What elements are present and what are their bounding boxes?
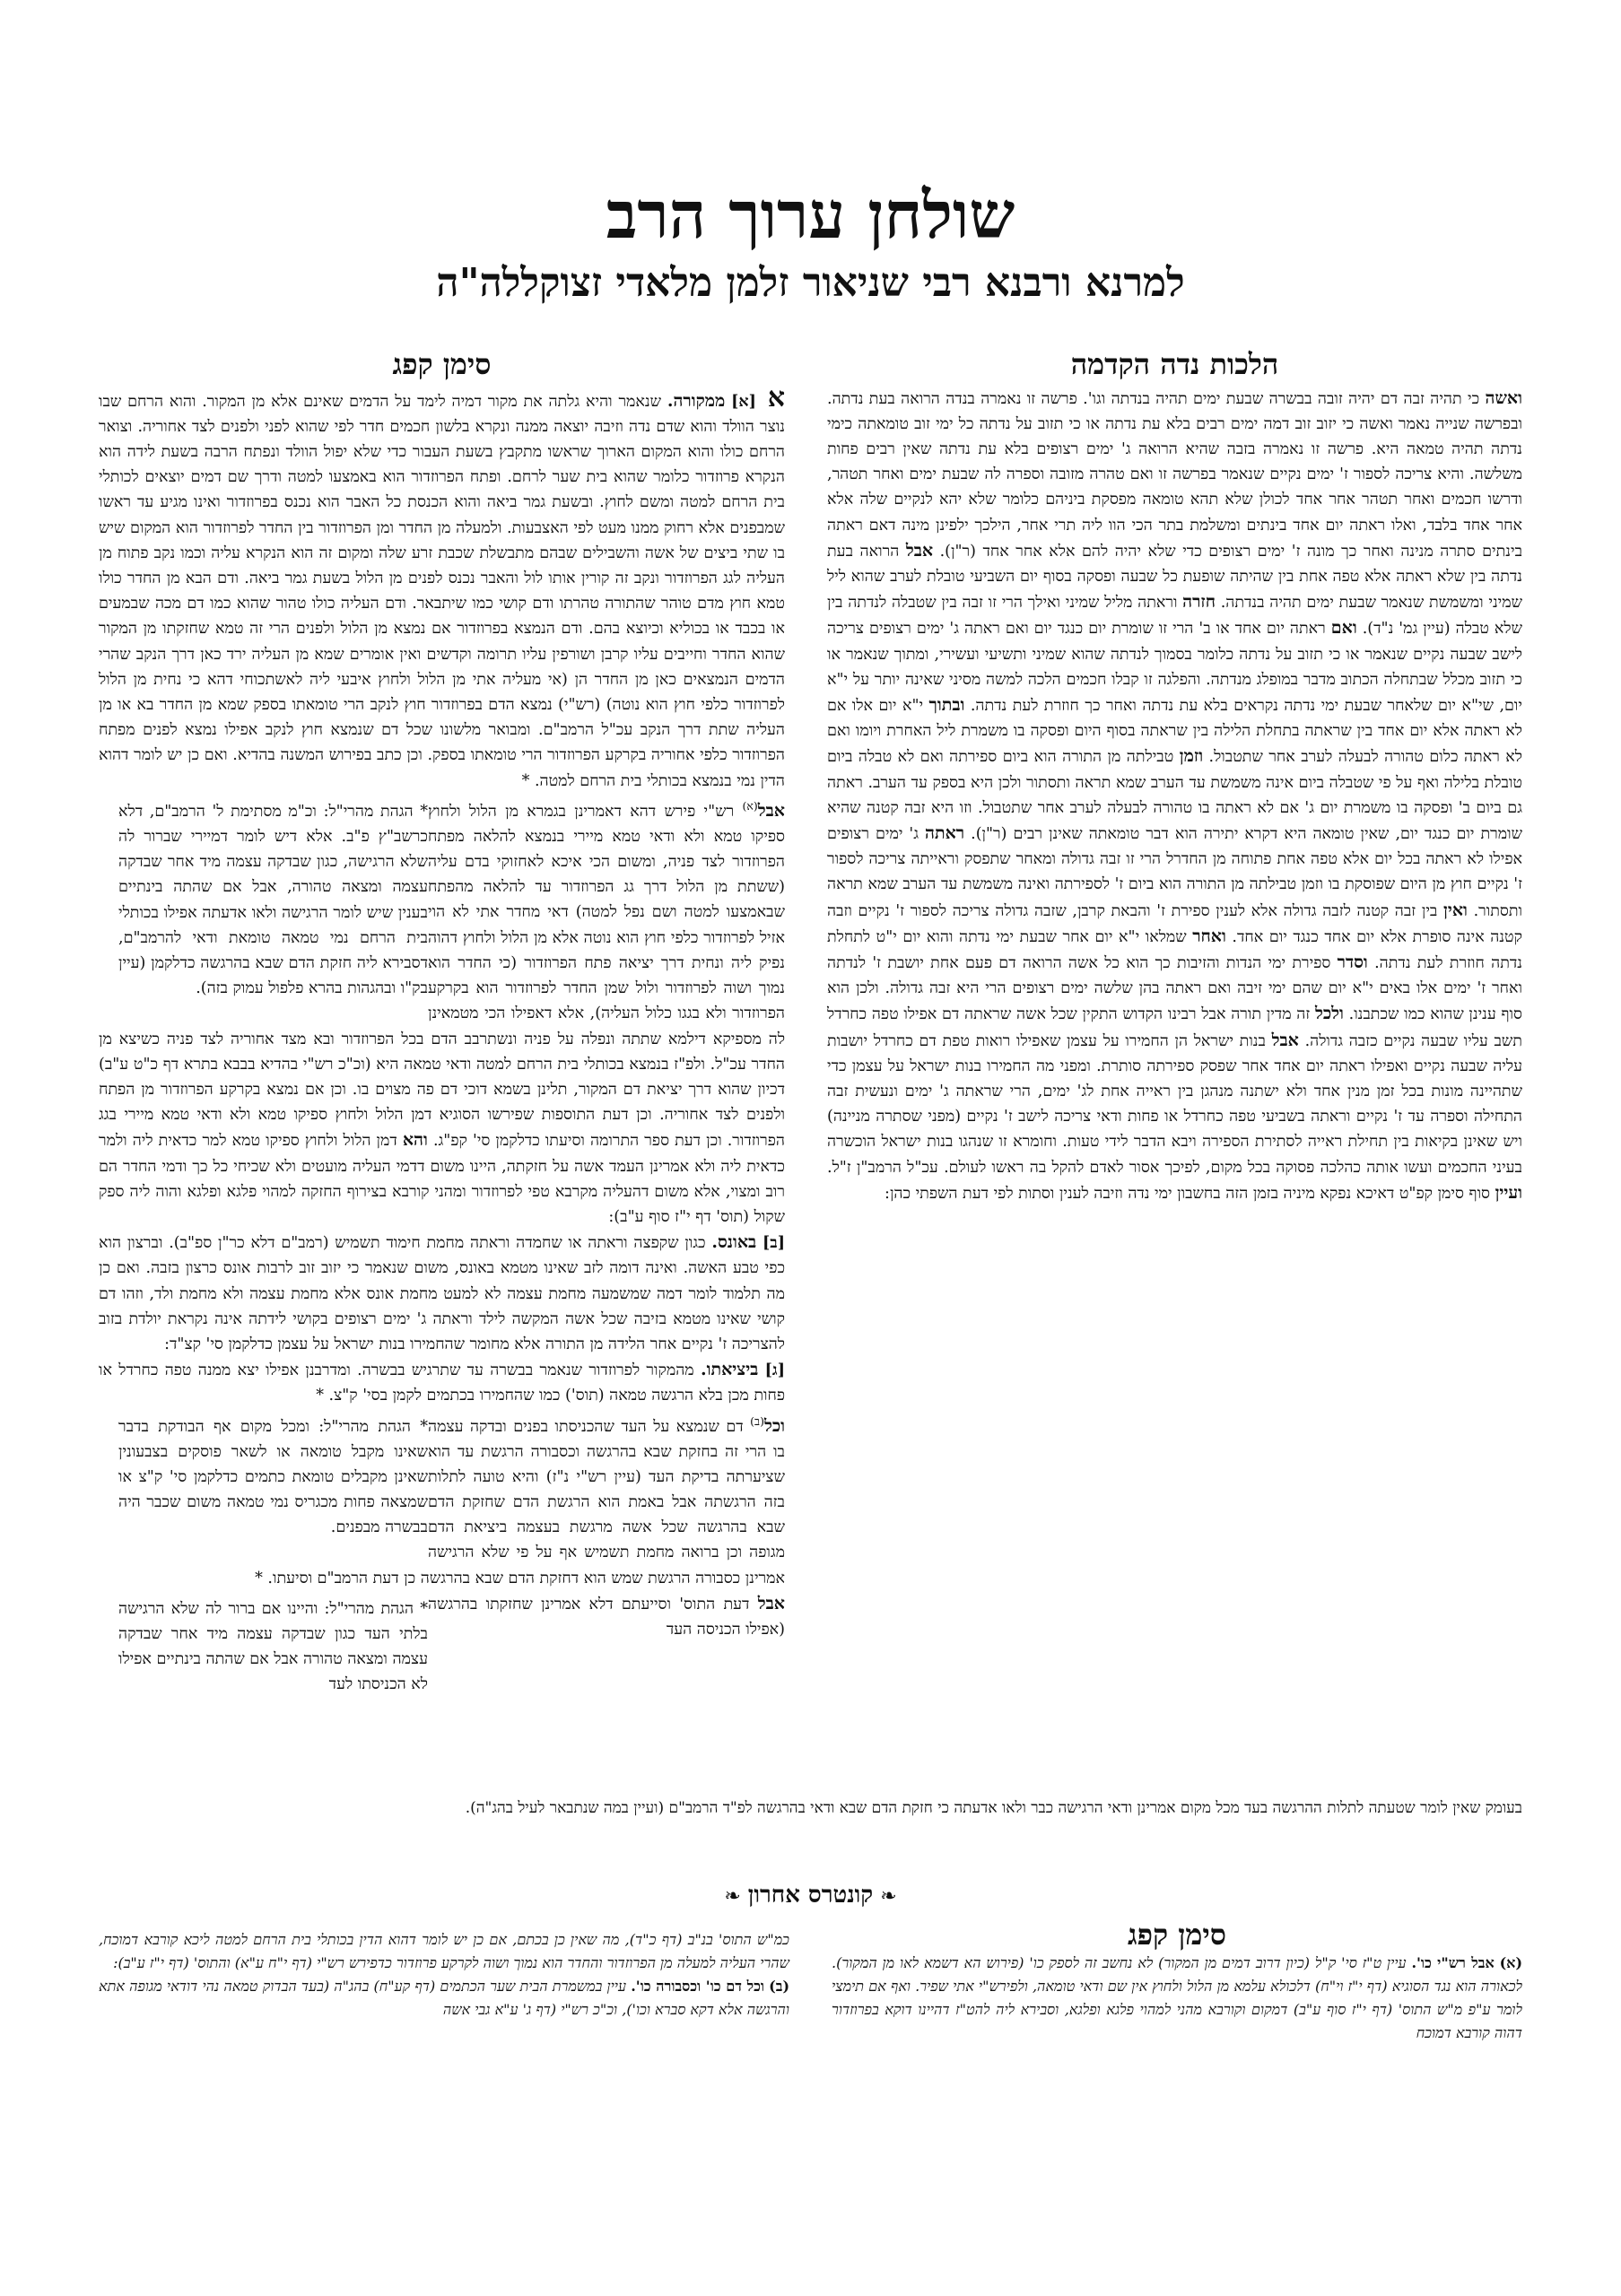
paragraph-text: שנאמר והיא גלתה את מקור דמיה לימד על הדמ… — [99, 393, 785, 790]
gloss-footnote: * הגהת מהרי"ל: ומכל מקום אף הבודקת בדבר … — [118, 1414, 428, 1541]
author-subtitle: למרנא ורבנא רבי שניאור זלמן מלאדי זצוקלל… — [0, 262, 1621, 305]
kuntres-acharon-title: ❧קונטרס אחרון❧ — [0, 1882, 1621, 1909]
section-letter: א — [768, 382, 785, 413]
paragraph: [ג] ביציאתו. מהמקור לפרוזדור שנאמר בבשרה… — [99, 1357, 785, 1408]
closing-full-width-line: בעומק שאין לומר שטעתה לתלות ההרגשה בעד מ… — [99, 1796, 1522, 1821]
column-heading-siman: סימן קפג — [99, 346, 785, 384]
lead-word: אבל רש"י כו'. — [1411, 1954, 1494, 1971]
column-heading-introduction: הלכות נדה הקדמה — [827, 346, 1522, 384]
lead-word: ואם — [1331, 618, 1357, 638]
gloss-footnote: * הגהת מהרי"ל: וכ"מ מסתימת ל' הרמב"ם, דל… — [118, 799, 428, 1002]
kuntres-marker: (א) — [1500, 1954, 1522, 1971]
paragraph: [ב] באונס. כגון שקפצה וראתה או שחמדה ורא… — [99, 1230, 785, 1357]
right-column-introduction: הלכות נדה הקדמה ואשה כי תהיה זבה דם יהיה… — [827, 346, 1522, 1206]
subsection-marker: [א] — [731, 393, 756, 411]
left-column-siman: סימן קפג א [א] ממקורה. שנאמר והיא גלתה א… — [99, 346, 785, 1705]
document-page: שולחן ערוך הרב למרנא ורבנא רבי שניאור זל… — [0, 0, 1621, 2296]
ornament-icon: ❧ — [724, 1885, 740, 1908]
subsection-marker: [ב] — [763, 1234, 785, 1252]
paragraph-text: כי תהיה זבה דם יהיה זובה בבשרה שבעת ימים… — [827, 390, 1522, 561]
lead-word: והא — [403, 1130, 428, 1150]
lead-word: ואשה — [1486, 388, 1522, 408]
book-title: שולחן ערוך הרב — [0, 179, 1621, 250]
kuntres-reference: (ב) — [750, 1414, 764, 1428]
lead-word: באונס. — [711, 1232, 756, 1252]
paragraph: א [א] ממקורה. שנאמר והיא גלתה את מקור דמ… — [99, 386, 785, 794]
kuntres-paragraph: (א) אבל רש"י כו'. עיין ט"ז סי' ק"ל (כיון… — [832, 1952, 1522, 2045]
gloss-footnote: * הגהת מהרי"ל: והיינו אם ברור לה שלא הרג… — [118, 1596, 428, 1698]
paragraph: ואשה כי תהיה זבה דם יהיה זובה בבשרה שבעת… — [827, 386, 1522, 1207]
lead-word: חזרה — [1182, 592, 1216, 612]
lead-word: אבל — [1272, 1031, 1299, 1050]
kuntres-reference: (א) — [742, 799, 757, 813]
lead-word: ואחר — [1192, 926, 1226, 946]
lead-word: וזמן — [1180, 746, 1203, 766]
lead-word: ממקורה. — [667, 391, 725, 411]
ornament-icon: ❧ — [880, 1885, 896, 1908]
lead-word: אבל — [906, 541, 933, 561]
lead-word: ולכל — [1315, 1004, 1344, 1023]
kuntres-marker: (ב) — [769, 1978, 789, 1995]
kuntres-paragraph: כמ"ש התוס' בנ"ב (דף כ"ד), מה שאין כן בכת… — [99, 1928, 789, 1975]
kuntres-right-column: סימן קפג (א) אבל רש"י כו'. עיין ט"ז סי' … — [832, 1918, 1522, 2045]
lead-word: ראתה — [925, 823, 964, 843]
lead-word: אבל — [758, 1594, 785, 1613]
lead-word: וכל — [764, 1415, 785, 1435]
paragraph-text: מהמקור לפרוזדור שנאמר בבשרה עד שתרגיש בב… — [99, 1361, 785, 1405]
lead-word: ועיין — [1495, 1183, 1522, 1203]
paragraph-text: דעת התוס' וסייעתם דלא אמרינן שחזקתו בהרג… — [428, 1596, 785, 1639]
lead-word: אבל — [758, 801, 785, 821]
lead-word: ואין — [1443, 900, 1468, 920]
kuntres-paragraph: (ב) וכל דם כו' וכסבורה כו'. עיין במשמרת … — [99, 1975, 789, 2022]
lead-word: וכל דם כו' וכסבורה כו'. — [631, 1978, 764, 1995]
lead-word: ובתוך — [929, 695, 965, 715]
kuntres-left-column: כמ"ש התוס' בנ"ב (דף כ"ד), מה שאין כן בכת… — [99, 1928, 789, 2022]
lead-word: וסדר — [1338, 952, 1368, 972]
lead-word: ביציאתו. — [701, 1360, 758, 1379]
paragraph-text: כגון שקפצה וראתה או שחמדה וראתה מחמת חימ… — [99, 1234, 785, 1353]
subsection-marker: [ג] — [765, 1361, 785, 1379]
kuntres-title-text: קונטרס אחרון — [748, 1882, 873, 1909]
kuntres-siman-heading: סימן קפג — [832, 1918, 1522, 1952]
paragraph-text: סוף סימן קפ"ט דאיכא נפקא מיניה בזמן הזה … — [885, 1185, 1495, 1203]
